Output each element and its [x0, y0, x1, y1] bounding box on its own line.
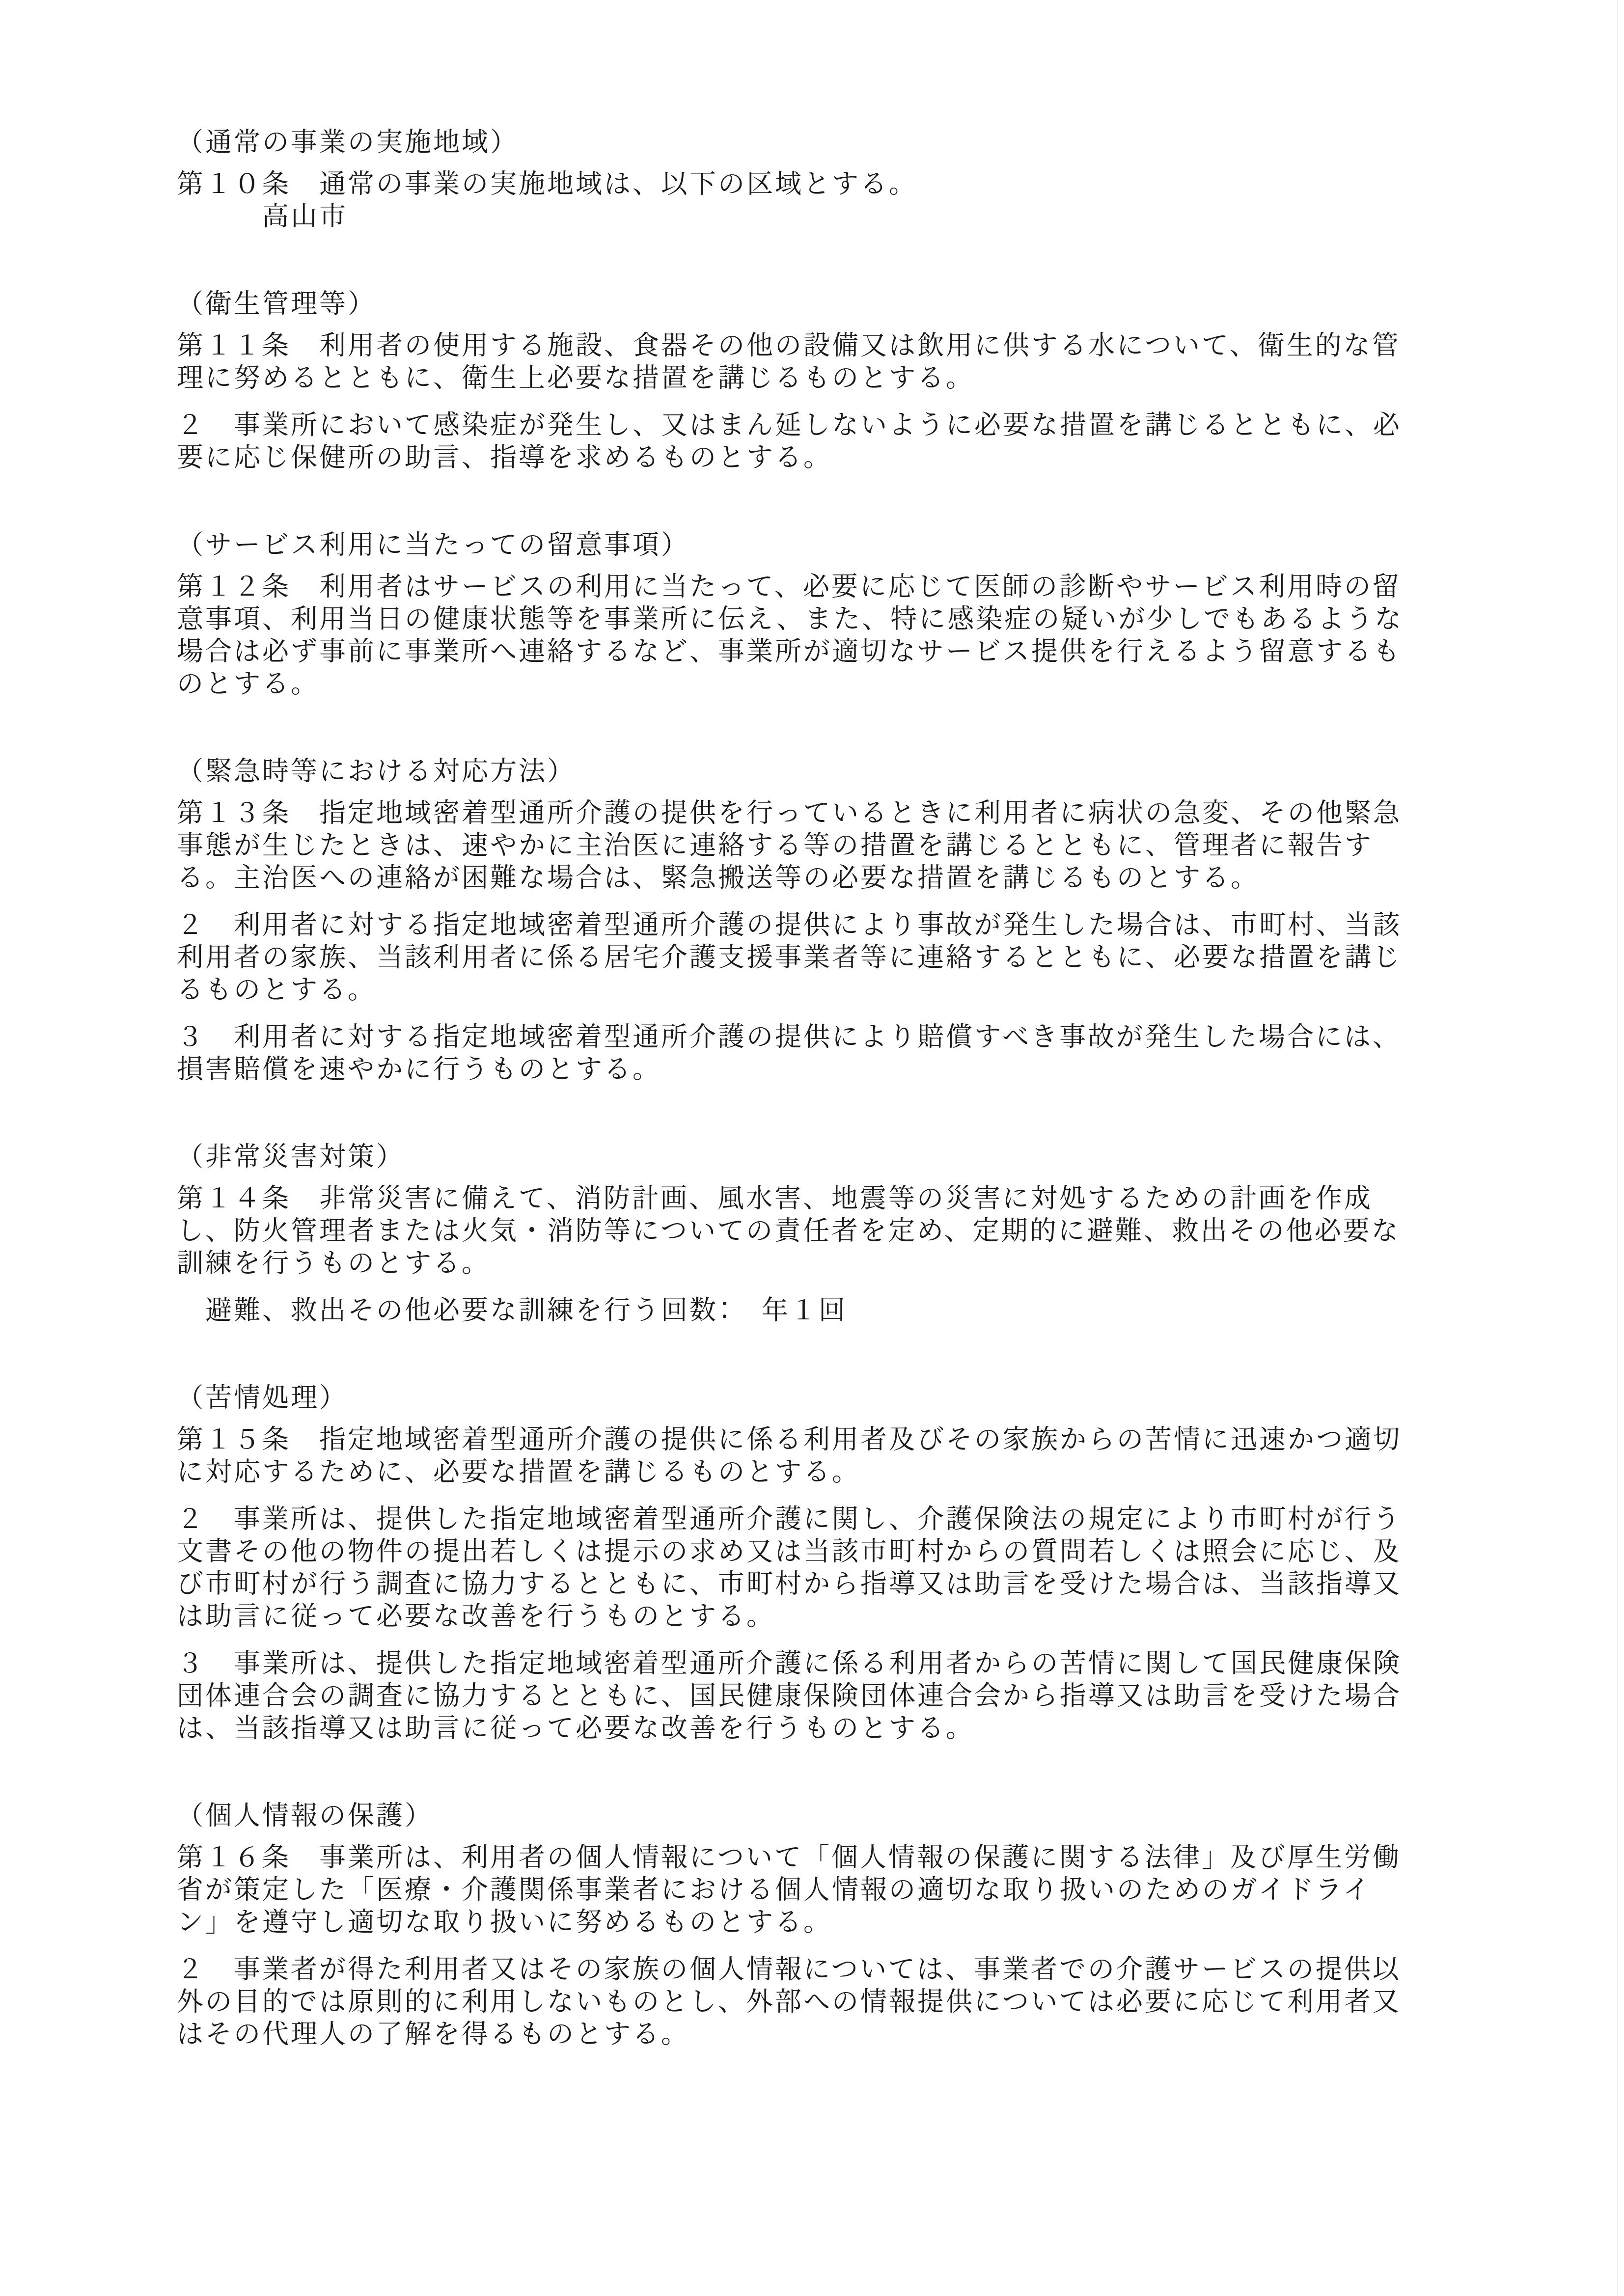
section-heading: （サービス利用に当たっての留意事項） — [177, 529, 1473, 561]
regulation-section: （通常の事業の実施地域） 第１０条 通常の事業の実施地域は、以下の区域とする。 … — [177, 126, 1473, 233]
paragraph: ２ 利用者に対する指定地域密着型通所介護の提供により事故が発生した場合は、市町村… — [177, 909, 1473, 1006]
paragraph: ３ 事業所は、提供した指定地域密着型通所介護に係る利用者からの苦情に関して国民健… — [177, 1647, 1473, 1745]
section-heading: （緊急時等における対応方法） — [177, 755, 1473, 788]
paragraph: 第１６条 事業所は、利用者の個人情報について「個人情報の保護に関する法律」及び厚… — [177, 1841, 1473, 1939]
paragraph: 第１２条 利用者はサービスの利用に当たって、必要に応じて医師の診断やサービス利用… — [177, 571, 1473, 700]
regulation-section: （非常災害対策） 第１４条 非常災害に備えて、消防計画、風水害、地震等の災害に対… — [177, 1141, 1473, 1327]
paragraph: 第１４条 非常災害に備えて、消防計画、風水害、地震等の災害に対処するための計画を… — [177, 1182, 1473, 1280]
regulation-section: （サービス利用に当たっての留意事項） 第１２条 利用者はサービスの利用に当たって… — [177, 529, 1473, 700]
document-content: （通常の事業の実施地域） 第１０条 通常の事業の実施地域は、以下の区域とする。 … — [177, 126, 1473, 2050]
regulation-section: （緊急時等における対応方法） 第１３条 指定地域密着型通所介護の提供を行っている… — [177, 755, 1473, 1086]
paragraph: ２ 事業所は、提供した指定地域密着型通所介護に関し、介護保険法の規定により市町村… — [177, 1503, 1473, 1633]
paragraph: 第１３条 指定地域密着型通所介護の提供を行っているときに利用者に病状の急変、その… — [177, 797, 1473, 894]
paragraph: ２ 事業者が得た利用者又はその家族の個人情報については、事業者での介護サービスの… — [177, 1953, 1473, 2050]
paragraph: 第１０条 通常の事業の実施地域は、以下の区域とする。 高山市 — [177, 168, 1473, 233]
paragraph: 第１５条 指定地域密着型通所介護の提供に係る利用者及びその家族からの苦情に迅速か… — [177, 1423, 1473, 1488]
section-heading: （個人情報の保護） — [177, 1800, 1473, 1832]
regulation-section: （苦情処理） 第１５条 指定地域密着型通所介護の提供に係る利用者及びその家族から… — [177, 1382, 1473, 1745]
section-heading: （通常の事業の実施地域） — [177, 126, 1473, 159]
section-heading: （衛生管理等） — [177, 288, 1473, 320]
paragraph: 避難、救出その他必要な訓練を行う回数： 年１回 — [177, 1294, 1473, 1327]
paragraph: ３ 利用者に対する指定地域密着型通所介護の提供により賠償すべき事故が発生した場合… — [177, 1021, 1473, 1086]
regulation-section: （衛生管理等） 第１１条 利用者の使用する施設、食器その他の設備又は飲用に供する… — [177, 288, 1473, 474]
paragraph: 第１１条 利用者の使用する施設、食器その他の設備又は飲用に供する水について、衛生… — [177, 329, 1473, 394]
scanned-document-page: （通常の事業の実施地域） 第１０条 通常の事業の実施地域は、以下の区域とする。 … — [0, 0, 1624, 2296]
scan-edge-artifact — [1617, 0, 1618, 2296]
regulation-section: （個人情報の保護） 第１６条 事業所は、利用者の個人情報について「個人情報の保護… — [177, 1800, 1473, 2050]
section-heading: （苦情処理） — [177, 1382, 1473, 1414]
section-heading: （非常災害対策） — [177, 1141, 1473, 1173]
paragraph: ２ 事業所において感染症が発生し、又はまん延しないように必要な措置を講じるととも… — [177, 409, 1473, 474]
